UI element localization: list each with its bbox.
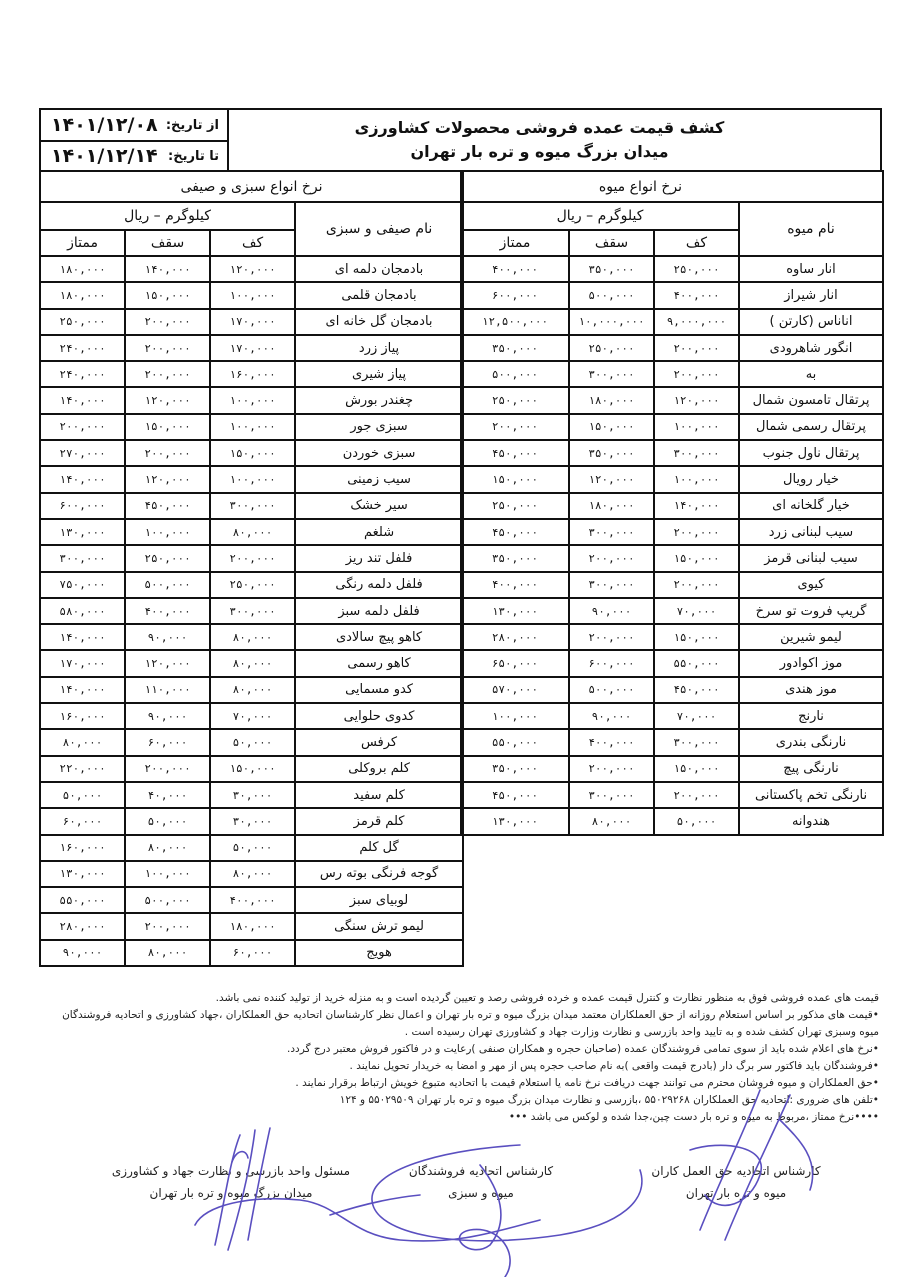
signature-subtitle: میدان بزرگ میوه و تره بار تهران <box>101 1182 361 1204</box>
price-premium: ۱۴۰,۰۰۰ <box>40 624 125 650</box>
product-name: پرتقال تامسون شمال <box>739 387 883 413</box>
product-name: کدو مسمایی <box>295 677 463 703</box>
price-premium: ۱۲,۵۰۰,۰۰۰ <box>461 309 569 335</box>
product-name: گریپ فروت تو سرخ <box>739 598 883 624</box>
fruit-section-title: نرخ انواع میوه <box>461 171 883 202</box>
product-name: کدوی حلوایی <box>295 703 463 729</box>
price-min: ۲۰۰,۰۰۰ <box>654 572 739 598</box>
price-premium: ۶۵۰,۰۰۰ <box>461 650 569 676</box>
table-row: موز اکوادور ۵۵۰,۰۰۰ ۶۰۰,۰۰۰ ۶۵۰,۰۰۰ <box>461 650 883 676</box>
table-row: بادمجان قلمی ۱۰۰,۰۰۰ ۱۵۰,۰۰۰ ۱۸۰,۰۰۰ <box>40 282 463 308</box>
table-row: لوبیای سبز ۴۰۰,۰۰۰ ۵۰۰,۰۰۰ ۵۵۰,۰۰۰ <box>40 887 463 913</box>
table-row: کدو مسمایی ۸۰,۰۰۰ ۱۱۰,۰۰۰ ۱۴۰,۰۰۰ <box>40 677 463 703</box>
from-date-value: ۱۴۰۱/۱۲/۰۸ <box>51 114 158 136</box>
table-row: بادمجان دلمه ای ۱۲۰,۰۰۰ ۱۴۰,۰۰۰ ۱۸۰,۰۰۰ <box>40 256 463 282</box>
product-name: کلم قرمز <box>295 808 463 834</box>
signature-title: مسئول واحد بازرسی و نظارت جهاد و کشاورزی <box>101 1160 361 1182</box>
price-max: ۴۵۰,۰۰۰ <box>125 493 210 519</box>
fruit-price-table: نرخ انواع میوه نام میوه کیلوگرم – ریال ک… <box>460 170 884 836</box>
price-min: ۲۰۰,۰۰۰ <box>654 335 739 361</box>
table-row: نارنگی پیچ ۱۵۰,۰۰۰ ۲۰۰,۰۰۰ ۳۵۰,۰۰۰ <box>461 756 883 782</box>
price-min: ۳۰۰,۰۰۰ <box>654 440 739 466</box>
table-row: پرتقال ناول جنوب ۳۰۰,۰۰۰ ۳۵۰,۰۰۰ ۴۵۰,۰۰۰ <box>461 440 883 466</box>
col-max-header: سقف <box>125 230 210 256</box>
price-min: ۴۰۰,۰۰۰ <box>210 887 295 913</box>
price-max: ۹۰,۰۰۰ <box>125 703 210 729</box>
product-name: پیاز شیری <box>295 361 463 387</box>
product-name: کاهو پیچ سالادی <box>295 624 463 650</box>
product-name: سبزی جور <box>295 414 463 440</box>
product-name: نارنگی تخم پاکستانی <box>739 782 883 808</box>
product-name: لیمو ترش سنگی <box>295 913 463 939</box>
table-row: سیب لبنانی زرد ۲۰۰,۰۰۰ ۳۰۰,۰۰۰ ۴۵۰,۰۰۰ <box>461 519 883 545</box>
price-min: ۸۰,۰۰۰ <box>210 861 295 887</box>
product-name: بادمجان قلمی <box>295 282 463 308</box>
price-premium: ۵۰,۰۰۰ <box>40 782 125 808</box>
price-min: ۳۰,۰۰۰ <box>210 782 295 808</box>
table-row: به ۲۰۰,۰۰۰ ۳۰۰,۰۰۰ ۵۰۰,۰۰۰ <box>461 361 883 387</box>
table-row: انگور شاهرودی ۲۰۰,۰۰۰ ۲۵۰,۰۰۰ ۳۵۰,۰۰۰ <box>461 335 883 361</box>
price-premium: ۱۸۰,۰۰۰ <box>40 256 125 282</box>
price-min: ۷۰,۰۰۰ <box>654 598 739 624</box>
price-max: ۲۰۰,۰۰۰ <box>569 545 654 571</box>
table-row: شلغم ۸۰,۰۰۰ ۱۰۰,۰۰۰ ۱۳۰,۰۰۰ <box>40 519 463 545</box>
price-premium: ۱۳۰,۰۰۰ <box>461 598 569 624</box>
table-row: کلم سفید ۳۰,۰۰۰ ۴۰,۰۰۰ ۵۰,۰۰۰ <box>40 782 463 808</box>
price-premium: ۱۸۰,۰۰۰ <box>40 282 125 308</box>
table-row: نارنگی تخم پاکستانی ۲۰۰,۰۰۰ ۳۰۰,۰۰۰ ۴۵۰,… <box>461 782 883 808</box>
date-range: از تاریخ: ۱۴۰۱/۱۲/۰۸ تا تاریخ: ۱۴۰۱/۱۲/۱… <box>41 110 229 170</box>
title-line-1: کشف قیمت عمده فروشی محصولات کشاورزی <box>229 116 850 140</box>
price-premium: ۵۰۰,۰۰۰ <box>461 361 569 387</box>
price-max: ۳۰۰,۰۰۰ <box>569 361 654 387</box>
price-min: ۶۰,۰۰۰ <box>210 940 295 966</box>
table-row: سیب لبنانی قرمز ۱۵۰,۰۰۰ ۲۰۰,۰۰۰ ۳۵۰,۰۰۰ <box>461 545 883 571</box>
price-premium: ۲۴۰,۰۰۰ <box>40 335 125 361</box>
price-min: ۲۵۰,۰۰۰ <box>654 256 739 282</box>
price-min: ۱۰۰,۰۰۰ <box>654 466 739 492</box>
table-row: کاهو رسمی ۸۰,۰۰۰ ۱۲۰,۰۰۰ ۱۷۰,۰۰۰ <box>40 650 463 676</box>
price-min: ۳۰۰,۰۰۰ <box>210 493 295 519</box>
product-name: فلفل دلمه رنگی <box>295 572 463 598</box>
table-row: انار ساوه ۲۵۰,۰۰۰ ۳۵۰,۰۰۰ ۴۰۰,۰۰۰ <box>461 256 883 282</box>
price-max: ۲۰۰,۰۰۰ <box>125 361 210 387</box>
price-max: ۵۰۰,۰۰۰ <box>569 677 654 703</box>
price-min: ۸۰,۰۰۰ <box>210 519 295 545</box>
price-max: ۳۰۰,۰۰۰ <box>569 782 654 808</box>
signature-title: کارشناس اتحادیه حق العمل کاران <box>641 1160 831 1182</box>
price-max: ۹۰,۰۰۰ <box>125 624 210 650</box>
price-max: ۱۱۰,۰۰۰ <box>125 677 210 703</box>
price-min: ۱۵۰,۰۰۰ <box>654 545 739 571</box>
signature-block-sellers-union: کارشناس اتحادیه فروشندگان میوه و سبزی <box>391 1160 571 1204</box>
note: •فروشندگان باید فاکتور سر برگ دار (بادرج… <box>60 1058 879 1075</box>
product-name: سیب زمینی <box>295 466 463 492</box>
document-title: کشف قیمت عمده فروشی محصولات کشاورزی میدا… <box>229 110 880 170</box>
price-min: ۱۵۰,۰۰۰ <box>654 756 739 782</box>
product-name: انگور شاهرودی <box>739 335 883 361</box>
to-date-row: تا تاریخ: ۱۴۰۱/۱۲/۱۴ <box>41 140 227 170</box>
price-max: ۲۰۰,۰۰۰ <box>125 913 210 939</box>
price-premium: ۱۳۰,۰۰۰ <box>461 808 569 834</box>
product-name: اناناس (کارتن ) <box>739 309 883 335</box>
price-max: ۳۵۰,۰۰۰ <box>569 440 654 466</box>
product-name: فلفل دلمه سبز <box>295 598 463 624</box>
price-max: ۸۰,۰۰۰ <box>125 835 210 861</box>
price-min: ۳۰۰,۰۰۰ <box>210 598 295 624</box>
product-name: بادمجان دلمه ای <box>295 256 463 282</box>
table-row: نارنج ۷۰,۰۰۰ ۹۰,۰۰۰ ۱۰۰,۰۰۰ <box>461 703 883 729</box>
product-name: انار شیراز <box>739 282 883 308</box>
note: •نرخ های اعلام شده باید از سوی تمامی فرو… <box>60 1041 879 1058</box>
table-row: لیمو شیرین ۱۵۰,۰۰۰ ۲۰۰,۰۰۰ ۲۸۰,۰۰۰ <box>461 624 883 650</box>
price-min: ۱۸۰,۰۰۰ <box>210 913 295 939</box>
price-min: ۵۰,۰۰۰ <box>210 729 295 755</box>
table-row: پیاز زرد ۱۷۰,۰۰۰ ۲۰۰,۰۰۰ ۲۴۰,۰۰۰ <box>40 335 463 361</box>
price-max: ۲۰۰,۰۰۰ <box>125 440 210 466</box>
price-max: ۱۴۰,۰۰۰ <box>125 256 210 282</box>
price-max: ۱۲۰,۰۰۰ <box>125 387 210 413</box>
table-row: کلم بروکلی ۱۵۰,۰۰۰ ۲۰۰,۰۰۰ ۲۲۰,۰۰۰ <box>40 756 463 782</box>
price-min: ۳۰,۰۰۰ <box>210 808 295 834</box>
product-name: خیار گلخانه ای <box>739 493 883 519</box>
table-row: خیار گلخانه ای ۱۴۰,۰۰۰ ۱۸۰,۰۰۰ ۲۵۰,۰۰۰ <box>461 493 883 519</box>
product-name: به <box>739 361 883 387</box>
product-name: کلم بروکلی <box>295 756 463 782</box>
product-name: نارنگی پیچ <box>739 756 883 782</box>
price-max: ۹۰,۰۰۰ <box>569 703 654 729</box>
price-max: ۲۰۰,۰۰۰ <box>125 309 210 335</box>
product-name: سیر خشک <box>295 493 463 519</box>
price-max: ۸۰,۰۰۰ <box>569 808 654 834</box>
table-row: کلم قرمز ۳۰,۰۰۰ ۵۰,۰۰۰ ۶۰,۰۰۰ <box>40 808 463 834</box>
price-min: ۹,۰۰۰,۰۰۰ <box>654 309 739 335</box>
table-row: فلفل دلمه رنگی ۲۵۰,۰۰۰ ۵۰۰,۰۰۰ ۷۵۰,۰۰۰ <box>40 572 463 598</box>
price-min: ۱۵۰,۰۰۰ <box>210 440 295 466</box>
product-name: کرفس <box>295 729 463 755</box>
price-max: ۲۰۰,۰۰۰ <box>569 624 654 650</box>
table-row: سیر خشک ۳۰۰,۰۰۰ ۴۵۰,۰۰۰ ۶۰۰,۰۰۰ <box>40 493 463 519</box>
product-name: کلم سفید <box>295 782 463 808</box>
signature-blocks: کارشناس اتحادیه حق العمل کاران میوه و تر… <box>120 1160 861 1200</box>
price-min: ۸۰,۰۰۰ <box>210 650 295 676</box>
price-premium: ۲۵۰,۰۰۰ <box>40 309 125 335</box>
price-min: ۲۰۰,۰۰۰ <box>210 545 295 571</box>
price-premium: ۵۵۰,۰۰۰ <box>461 729 569 755</box>
price-max: ۳۰۰,۰۰۰ <box>569 572 654 598</box>
product-name: موز اکوادور <box>739 650 883 676</box>
price-max: ۹۰,۰۰۰ <box>569 598 654 624</box>
col-premium-header: ممتاز <box>461 230 569 256</box>
fruit-unit-header: کیلوگرم – ریال <box>461 202 739 230</box>
price-max: ۱۰,۰۰۰,۰۰۰ <box>569 309 654 335</box>
signature-block-commission-agents: کارشناس اتحادیه حق العمل کاران میوه و تر… <box>641 1160 831 1204</box>
vegetable-name-header: نام صیفی و سبزی <box>295 202 463 256</box>
vegetable-price-table: نرخ انواع سبزی و صیفی نام صیفی و سبزی کی… <box>39 170 464 967</box>
price-premium: ۵۷۰,۰۰۰ <box>461 677 569 703</box>
table-row: پیاز شیری ۱۶۰,۰۰۰ ۲۰۰,۰۰۰ ۲۴۰,۰۰۰ <box>40 361 463 387</box>
price-premium: ۱۴۰,۰۰۰ <box>40 387 125 413</box>
price-min: ۱۵۰,۰۰۰ <box>210 756 295 782</box>
product-name: هویج <box>295 940 463 966</box>
product-name: نارنگی بندری <box>739 729 883 755</box>
table-row: کرفس ۵۰,۰۰۰ ۶۰,۰۰۰ ۸۰,۰۰۰ <box>40 729 463 755</box>
fruit-name-header: نام میوه <box>739 202 883 256</box>
signature-block-inspection-unit: مسئول واحد بازرسی و نظارت جهاد و کشاورزی… <box>101 1160 361 1204</box>
title-line-2: میدان بزرگ میوه و تره بار تهران <box>229 140 850 164</box>
price-min: ۸۰,۰۰۰ <box>210 677 295 703</box>
price-min: ۴۵۰,۰۰۰ <box>654 677 739 703</box>
table-row: سبزی خوردن ۱۵۰,۰۰۰ ۲۰۰,۰۰۰ ۲۷۰,۰۰۰ <box>40 440 463 466</box>
price-max: ۴۰۰,۰۰۰ <box>125 598 210 624</box>
price-premium: ۱۳۰,۰۰۰ <box>40 519 125 545</box>
table-row: کاهو پیچ سالادی ۸۰,۰۰۰ ۹۰,۰۰۰ ۱۴۰,۰۰۰ <box>40 624 463 650</box>
product-name: چغندر بورش <box>295 387 463 413</box>
price-premium: ۵۵۰,۰۰۰ <box>40 887 125 913</box>
price-max: ۵۰,۰۰۰ <box>125 808 210 834</box>
price-max: ۱۵۰,۰۰۰ <box>569 414 654 440</box>
price-premium: ۵۸۰,۰۰۰ <box>40 598 125 624</box>
price-min: ۱۰۰,۰۰۰ <box>210 282 295 308</box>
price-premium: ۴۵۰,۰۰۰ <box>461 782 569 808</box>
product-name: کیوی <box>739 572 883 598</box>
product-name: لیمو شیرین <box>739 624 883 650</box>
price-max: ۲۰۰,۰۰۰ <box>125 756 210 782</box>
price-max: ۲۵۰,۰۰۰ <box>125 545 210 571</box>
from-date-row: از تاریخ: ۱۴۰۱/۱۲/۰۸ <box>41 110 227 140</box>
price-max: ۲۰۰,۰۰۰ <box>125 335 210 361</box>
table-row: چغندر بورش ۱۰۰,۰۰۰ ۱۲۰,۰۰۰ ۱۴۰,۰۰۰ <box>40 387 463 413</box>
product-name: سیب لبنانی قرمز <box>739 545 883 571</box>
price-min: ۲۵۰,۰۰۰ <box>210 572 295 598</box>
product-name: سیب لبنانی زرد <box>739 519 883 545</box>
price-premium: ۲۴۰,۰۰۰ <box>40 361 125 387</box>
price-premium: ۱۵۰,۰۰۰ <box>461 466 569 492</box>
product-name: پیاز زرد <box>295 335 463 361</box>
price-max: ۱۲۰,۰۰۰ <box>125 466 210 492</box>
price-premium: ۱۷۰,۰۰۰ <box>40 650 125 676</box>
table-row: سیب زمینی ۱۰۰,۰۰۰ ۱۲۰,۰۰۰ ۱۴۰,۰۰۰ <box>40 466 463 492</box>
price-premium: ۳۵۰,۰۰۰ <box>461 756 569 782</box>
price-max: ۳۰۰,۰۰۰ <box>569 519 654 545</box>
table-row: هندوانه ۵۰,۰۰۰ ۸۰,۰۰۰ ۱۳۰,۰۰۰ <box>461 808 883 834</box>
price-min: ۲۰۰,۰۰۰ <box>654 361 739 387</box>
price-premium: ۳۵۰,۰۰۰ <box>461 545 569 571</box>
table-row: فلفل تند ریز ۲۰۰,۰۰۰ ۲۵۰,۰۰۰ ۳۰۰,۰۰۰ <box>40 545 463 571</box>
price-max: ۱۲۰,۰۰۰ <box>125 650 210 676</box>
price-min: ۲۰۰,۰۰۰ <box>654 519 739 545</box>
vegetable-unit-header: کیلوگرم – ریال <box>40 202 295 230</box>
price-max: ۶۰,۰۰۰ <box>125 729 210 755</box>
product-name: پرتقال رسمی شمال <box>739 414 883 440</box>
price-premium: ۲۰۰,۰۰۰ <box>461 414 569 440</box>
to-date-label: تا تاریخ: <box>168 149 219 164</box>
product-name: کاهو رسمی <box>295 650 463 676</box>
price-max: ۵۰۰,۰۰۰ <box>125 572 210 598</box>
table-row: گل کلم ۵۰,۰۰۰ ۸۰,۰۰۰ ۱۶۰,۰۰۰ <box>40 835 463 861</box>
price-premium: ۳۵۰,۰۰۰ <box>461 335 569 361</box>
price-max: ۱۵۰,۰۰۰ <box>125 282 210 308</box>
product-name: بادمجان گل خانه ای <box>295 309 463 335</box>
document-header: از تاریخ: ۱۴۰۱/۱۲/۰۸ تا تاریخ: ۱۴۰۱/۱۲/۱… <box>39 108 882 172</box>
note: •قیمت های مذکور بر اساس استعلام روزانه ا… <box>60 1007 879 1041</box>
table-row: اناناس (کارتن ) ۹,۰۰۰,۰۰۰ ۱۰,۰۰۰,۰۰۰ ۱۲,… <box>461 309 883 335</box>
table-row: پرتقال رسمی شمال ۱۰۰,۰۰۰ ۱۵۰,۰۰۰ ۲۰۰,۰۰۰ <box>461 414 883 440</box>
note: قیمت های عمده فروشی فوق به منظور نظارت و… <box>60 990 879 1007</box>
price-min: ۸۰,۰۰۰ <box>210 624 295 650</box>
price-min: ۱۲۰,۰۰۰ <box>210 256 295 282</box>
product-name: انار ساوه <box>739 256 883 282</box>
signature-subtitle: میوه و سبزی <box>391 1182 571 1204</box>
price-min: ۴۰۰,۰۰۰ <box>654 282 739 308</box>
price-max: ۱۸۰,۰۰۰ <box>569 387 654 413</box>
table-row: خیار رویال ۱۰۰,۰۰۰ ۱۲۰,۰۰۰ ۱۵۰,۰۰۰ <box>461 466 883 492</box>
price-max: ۱۵۰,۰۰۰ <box>125 414 210 440</box>
price-max: ۵۰۰,۰۰۰ <box>569 282 654 308</box>
vegetable-section-title: نرخ انواع سبزی و صیفی <box>40 171 463 202</box>
price-max: ۳۵۰,۰۰۰ <box>569 256 654 282</box>
product-name: شلغم <box>295 519 463 545</box>
price-premium: ۴۵۰,۰۰۰ <box>461 519 569 545</box>
price-premium: ۲۵۰,۰۰۰ <box>461 387 569 413</box>
price-premium: ۱۰۰,۰۰۰ <box>461 703 569 729</box>
price-premium: ۲۸۰,۰۰۰ <box>40 913 125 939</box>
price-min: ۱۰۰,۰۰۰ <box>654 414 739 440</box>
col-max-header: سقف <box>569 230 654 256</box>
price-premium: ۹۰,۰۰۰ <box>40 940 125 966</box>
price-max: ۲۰۰,۰۰۰ <box>569 756 654 782</box>
to-date-value: ۱۴۰۱/۱۲/۱۴ <box>51 145 158 167</box>
price-min: ۱۴۰,۰۰۰ <box>654 493 739 519</box>
note: ••••نرخ ممتاز ،مربوط به میوه و تره بار د… <box>60 1109 879 1126</box>
price-premium: ۲۲۰,۰۰۰ <box>40 756 125 782</box>
price-min: ۱۶۰,۰۰۰ <box>210 361 295 387</box>
price-premium: ۶۰۰,۰۰۰ <box>461 282 569 308</box>
price-max: ۴۰,۰۰۰ <box>125 782 210 808</box>
table-row: کدوی حلوایی ۷۰,۰۰۰ ۹۰,۰۰۰ ۱۶۰,۰۰۰ <box>40 703 463 729</box>
col-min-header: کف <box>210 230 295 256</box>
price-max: ۶۰۰,۰۰۰ <box>569 650 654 676</box>
price-max: ۱۰۰,۰۰۰ <box>125 519 210 545</box>
table-row: هویج ۶۰,۰۰۰ ۸۰,۰۰۰ ۹۰,۰۰۰ <box>40 940 463 966</box>
price-premium: ۴۰۰,۰۰۰ <box>461 256 569 282</box>
price-min: ۵۰,۰۰۰ <box>654 808 739 834</box>
product-name: نارنج <box>739 703 883 729</box>
price-max: ۸۰,۰۰۰ <box>125 940 210 966</box>
price-min: ۱۰۰,۰۰۰ <box>210 466 295 492</box>
note: •حق العملکاران و میوه فروشان محترم می تو… <box>60 1075 879 1092</box>
col-min-header: کف <box>654 230 739 256</box>
col-premium-header: ممتاز <box>40 230 125 256</box>
note: •تلفن های ضروری :اتحادیه حق العملکاران ۵… <box>60 1092 879 1109</box>
table-row: پرتقال تامسون شمال ۱۲۰,۰۰۰ ۱۸۰,۰۰۰ ۲۵۰,۰… <box>461 387 883 413</box>
table-row: گوجه فرنگی بوته رس ۸۰,۰۰۰ ۱۰۰,۰۰۰ ۱۳۰,۰۰… <box>40 861 463 887</box>
price-max: ۱۸۰,۰۰۰ <box>569 493 654 519</box>
table-row: موز هندی ۴۵۰,۰۰۰ ۵۰۰,۰۰۰ ۵۷۰,۰۰۰ <box>461 677 883 703</box>
price-premium: ۱۳۰,۰۰۰ <box>40 861 125 887</box>
product-name: گوجه فرنگی بوته رس <box>295 861 463 887</box>
price-min: ۷۰,۰۰۰ <box>654 703 739 729</box>
price-min: ۱۷۰,۰۰۰ <box>210 335 295 361</box>
price-min: ۱۰۰,۰۰۰ <box>210 387 295 413</box>
table-row: بادمجان گل خانه ای ۱۷۰,۰۰۰ ۲۰۰,۰۰۰ ۲۵۰,۰… <box>40 309 463 335</box>
price-premium: ۲۷۰,۰۰۰ <box>40 440 125 466</box>
price-premium: ۲۵۰,۰۰۰ <box>461 493 569 519</box>
price-premium: ۱۴۰,۰۰۰ <box>40 677 125 703</box>
table-row: سبزی جور ۱۰۰,۰۰۰ ۱۵۰,۰۰۰ ۲۰۰,۰۰۰ <box>40 414 463 440</box>
product-name: هندوانه <box>739 808 883 834</box>
price-max: ۱۲۰,۰۰۰ <box>569 466 654 492</box>
price-premium: ۸۰,۰۰۰ <box>40 729 125 755</box>
price-min: ۱۷۰,۰۰۰ <box>210 309 295 335</box>
price-min: ۵۰,۰۰۰ <box>210 835 295 861</box>
price-premium: ۱۶۰,۰۰۰ <box>40 703 125 729</box>
price-max: ۵۰۰,۰۰۰ <box>125 887 210 913</box>
product-name: پرتقال ناول جنوب <box>739 440 883 466</box>
price-premium: ۶۰,۰۰۰ <box>40 808 125 834</box>
product-name: فلفل تند ریز <box>295 545 463 571</box>
price-min: ۱۵۰,۰۰۰ <box>654 624 739 650</box>
from-date-label: از تاریخ: <box>166 118 219 133</box>
table-row: کیوی ۲۰۰,۰۰۰ ۳۰۰,۰۰۰ ۴۰۰,۰۰۰ <box>461 572 883 598</box>
table-row: لیمو ترش سنگی ۱۸۰,۰۰۰ ۲۰۰,۰۰۰ ۲۸۰,۰۰۰ <box>40 913 463 939</box>
price-premium: ۲۸۰,۰۰۰ <box>461 624 569 650</box>
price-min: ۱۲۰,۰۰۰ <box>654 387 739 413</box>
price-min: ۷۰,۰۰۰ <box>210 703 295 729</box>
price-premium: ۴۰۰,۰۰۰ <box>461 572 569 598</box>
price-min: ۲۰۰,۰۰۰ <box>654 782 739 808</box>
table-row: نارنگی بندری ۳۰۰,۰۰۰ ۴۰۰,۰۰۰ ۵۵۰,۰۰۰ <box>461 729 883 755</box>
price-max: ۱۰۰,۰۰۰ <box>125 861 210 887</box>
product-name: گل کلم <box>295 835 463 861</box>
product-name: سبزی خوردن <box>295 440 463 466</box>
price-min: ۵۵۰,۰۰۰ <box>654 650 739 676</box>
price-premium: ۶۰۰,۰۰۰ <box>40 493 125 519</box>
price-premium: ۴۵۰,۰۰۰ <box>461 440 569 466</box>
table-row: گریپ فروت تو سرخ ۷۰,۰۰۰ ۹۰,۰۰۰ ۱۳۰,۰۰۰ <box>461 598 883 624</box>
price-premium: ۳۰۰,۰۰۰ <box>40 545 125 571</box>
signature-subtitle: میوه و تره بار تهران <box>641 1182 831 1204</box>
footnotes: قیمت های عمده فروشی فوق به منظور نظارت و… <box>60 990 879 1126</box>
signature-title: کارشناس اتحادیه فروشندگان <box>391 1160 571 1182</box>
table-row: فلفل دلمه سبز ۳۰۰,۰۰۰ ۴۰۰,۰۰۰ ۵۸۰,۰۰۰ <box>40 598 463 624</box>
price-min: ۱۰۰,۰۰۰ <box>210 414 295 440</box>
price-premium: ۲۰۰,۰۰۰ <box>40 414 125 440</box>
product-name: موز هندی <box>739 677 883 703</box>
price-premium: ۱۴۰,۰۰۰ <box>40 466 125 492</box>
price-min: ۳۰۰,۰۰۰ <box>654 729 739 755</box>
product-name: لوبیای سبز <box>295 887 463 913</box>
product-name: خیار رویال <box>739 466 883 492</box>
table-row: انار شیراز ۴۰۰,۰۰۰ ۵۰۰,۰۰۰ ۶۰۰,۰۰۰ <box>461 282 883 308</box>
price-premium: ۷۵۰,۰۰۰ <box>40 572 125 598</box>
price-premium: ۱۶۰,۰۰۰ <box>40 835 125 861</box>
price-max: ۴۰۰,۰۰۰ <box>569 729 654 755</box>
price-max: ۲۵۰,۰۰۰ <box>569 335 654 361</box>
